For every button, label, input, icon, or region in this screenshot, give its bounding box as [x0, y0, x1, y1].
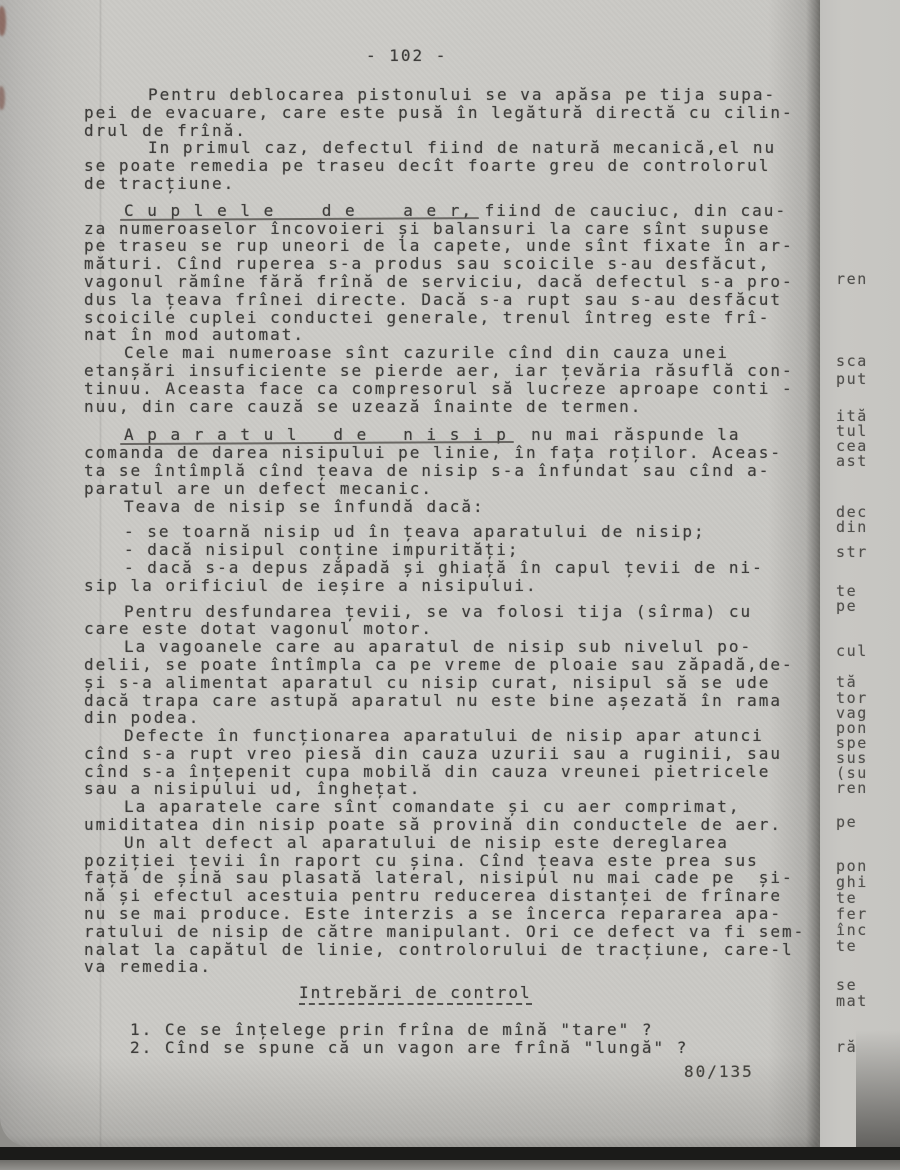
- edge-fragment: ră: [836, 1038, 857, 1056]
- edge-fragment: put: [836, 370, 868, 388]
- text-line: din podea.: [84, 709, 824, 727]
- scan-edge-band: [0, 1147, 900, 1160]
- edge-fragment: str: [836, 543, 868, 561]
- page-footer-reference: 80/135: [684, 1062, 754, 1081]
- text-line: față de șină sau plasată lateral, nisipu…: [84, 869, 824, 887]
- text-line: In primul caz, defectul fiind de natură …: [84, 139, 824, 157]
- text-line: Teava de nisip se înfundă dacă:: [84, 498, 824, 516]
- text-line: dacă trapa care astupă aparatul nu este …: [84, 692, 824, 710]
- text-line: cînd s-a înțepenit cupa mobilă din cauza…: [84, 763, 824, 781]
- edge-fragment: sca: [836, 352, 868, 370]
- binding-mark: [0, 6, 6, 36]
- edge-fragment: din: [836, 518, 868, 536]
- text-line: drul de frînă.: [84, 122, 824, 140]
- text-line: za numeroaselor încovoieri și balansuri …: [84, 220, 824, 238]
- text-line: pe traseu se rup uneori de la capete, un…: [84, 237, 824, 255]
- question-line: 2. Cînd se spune că un vagon are frînă "…: [84, 1039, 824, 1057]
- underlined-term: C u p l e l e d e a e r,: [124, 202, 473, 220]
- text-line: A p a r a t u l d e n i s i p nu mai răs…: [84, 426, 824, 444]
- underlined-heading-text: Intrebări de control: [299, 984, 532, 1005]
- text-line: tinuu. Aceasta face ca compresorul să lu…: [84, 380, 824, 398]
- text-line: vagonul rămîne fără frînă de serviciu, d…: [84, 273, 824, 291]
- text-line: paratul are un defect mecanic.: [84, 480, 824, 498]
- book-scan-photo: - 102 - Pentru deblocarea pistonului se …: [0, 0, 900, 1170]
- text-line: care este dotat vagonul motor.: [84, 620, 824, 638]
- text-line: Un alt defect al aparatului de nisip est…: [84, 834, 824, 852]
- text-line: La vagoanele care au aparatul de nisip s…: [84, 638, 824, 656]
- control-questions-heading: Intrebări de control: [84, 984, 824, 1005]
- text-line: se poate remedia pe traseu decît foarte …: [84, 157, 824, 175]
- edge-fragment: cul: [836, 642, 868, 660]
- text-line: C u p l e l e d e a e r, fiind de cauciu…: [84, 202, 824, 220]
- text-line: ta se întîmplă cînd țeava de nisip s-a î…: [84, 462, 824, 480]
- text-line: mături. Cînd ruperea s-a produs sau scoi…: [84, 255, 824, 273]
- binding-mark: [0, 86, 5, 110]
- page-number: - 102 -: [366, 46, 447, 65]
- edge-fragment: ren: [836, 270, 868, 288]
- text-line: de tracțiune.: [84, 175, 824, 193]
- question-line: 1. Ce se înțelege prin frîna de mînă "ta…: [84, 1021, 824, 1039]
- text-line: nu se mai produce. Este interzis a se în…: [84, 905, 824, 923]
- text-line: nalat la capătul de linie, controlorului…: [84, 941, 824, 959]
- text-line: delii, se poate întîmpla ca pe vreme de …: [84, 656, 824, 674]
- text-line: - se toarnă nisip ud în țeava aparatului…: [84, 523, 824, 541]
- text-line: nă și efectul acestuia pentru reducerea …: [84, 887, 824, 905]
- underlined-term: A p a r a t u l d e n i s i p: [124, 426, 508, 444]
- text-line: Cele mai numeroase sînt cazurile cînd di…: [84, 344, 824, 362]
- text-line: poziției țevii în raport cu șina. Cînd ț…: [84, 852, 824, 870]
- text-line: sip la orificiul de ieșire a nisipului.: [84, 577, 824, 595]
- text-line: nat în mod automat.: [84, 326, 824, 344]
- scan-background-strip: [0, 1160, 900, 1170]
- text-line: pei de evacuare, care este pusă în legăt…: [84, 104, 824, 122]
- edge-fragment: te: [836, 937, 857, 955]
- book-page: - 102 - Pentru deblocarea pistonului se …: [0, 0, 820, 1147]
- text-line: Pentru deblocarea pistonului se va apăsa…: [84, 86, 824, 104]
- edge-fragment: mat: [836, 992, 868, 1010]
- text-line: La aparatele care sînt comandate și cu a…: [84, 798, 824, 816]
- text-line: Pentru desfundarea țevii, se va folosi t…: [84, 603, 824, 621]
- text-line: ratului de nisip de către manipulant. Or…: [84, 923, 824, 941]
- edge-fragment: pe: [836, 597, 857, 615]
- text-line: cînd s-a rupt vreo piesă din cauza uzuri…: [84, 745, 824, 763]
- text-line: și s-a alimentat aparatul cu nisip curat…: [84, 674, 824, 692]
- text-line: etanșări insuficiente se pierde aer, iar…: [84, 362, 824, 380]
- text-line: nuu, din care cauză se uzează înainte de…: [84, 398, 824, 416]
- text-line: comanda de darea nisipului pe linie, în …: [84, 444, 824, 462]
- text-line: umiditatea din nisip poate să provină di…: [84, 816, 824, 834]
- edge-fragment: ast: [836, 452, 868, 470]
- text-line: - dacă nisipul conține impurități;: [84, 541, 824, 559]
- page-text-block: Pentru deblocarea pistonului se va apăsa…: [84, 86, 824, 1057]
- text-line: Defecte în funcționarea aparatului de ni…: [84, 727, 824, 745]
- edge-fragment: ren: [836, 779, 868, 797]
- text-line: scoicile cuplei conductei generale, tren…: [84, 309, 824, 327]
- text-line: va remedia.: [84, 958, 824, 976]
- page-edge-shadow: [856, 1030, 900, 1148]
- edge-fragment: pe: [836, 813, 857, 831]
- text-line: dus la țeava frînei directe. Dacă s-a ru…: [84, 291, 824, 309]
- text-line: sau a nisipului ud, înghețat.: [84, 780, 824, 798]
- text-line: - dacă s-a depus zăpadă și ghiață în cap…: [84, 559, 824, 577]
